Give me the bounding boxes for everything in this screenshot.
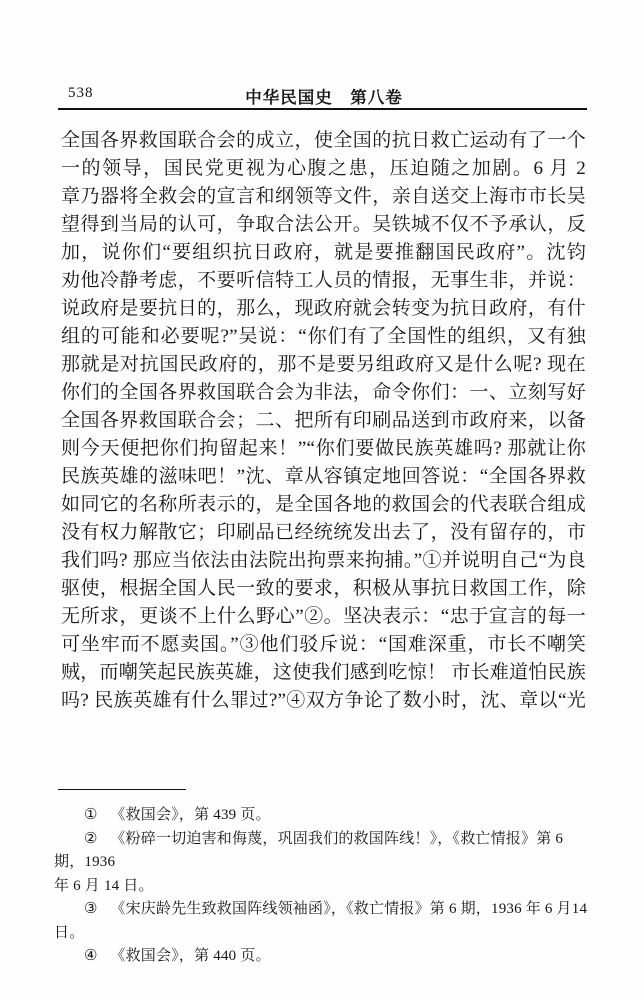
footnote-text: 年 6 月 14 日。 (54, 878, 154, 894)
text-line: 组的可能和必要呢?”吴说：“你们有了全国性的组织，又有独立的主张， (61, 323, 586, 351)
text-line: 劝他冷静考虑，不要听信特工人员的情报，无事生非，并说：“市长既然 (61, 267, 586, 295)
text-line: 你们的全国各界救国联合会为非法，命令你们：一、立刻写好通告，解散 (61, 379, 586, 407)
text-line: 无所求，更谈不上什么野心”②。坚决表示：“忠于宣言的每一句话，宁 (61, 603, 586, 631)
footnote-marker: ① (84, 807, 98, 823)
footnote-text: 《宋庆龄先生致救国阵线领袖函》，《救亡情报》第 6 期，1936 年 6 月14… (54, 901, 587, 941)
text-line: 望得到当局的认可，争取合法公开。吴铁城不仅不予承认，反而恶言相 (61, 211, 586, 239)
footnote-marker: ② (84, 831, 98, 847)
text-line: 民族英雄的滋味吧！”沈、章从容镇定地回答说：“全国各界救国联合会 (61, 463, 586, 491)
main-text: 全国各界救国联合会的成立，使全国的抗日救亡运动有了一个统 一的领导，国民党更视为… (61, 127, 586, 715)
book-page: 538 中华民国史 第八卷 全国各界救国联合会的成立，使全国的抗日救亡运动有了一… (0, 0, 644, 1000)
footnote-text: 《粉碎一切迫害和侮蔑，巩固我们的救国阵线！》，《救亡情报》第 6 期，1936 (54, 831, 563, 871)
text-line: 全国各界救国联合会的成立，使全国的抗日救亡运动有了一个统 (61, 127, 586, 155)
text-line: 驱使，根据全国人民一致的要求，积极从事抗日救国工作，除此以外，别 (61, 575, 586, 603)
text-line: 说政府是要抗日的，那么，现政府就会转变为抗日政府，有什么推翻另 (61, 295, 586, 323)
footnote-line: ①《救国会》，第 439 页。 (54, 804, 591, 828)
text-line: 我们吗? 那应当依法由法院出拘票来拘捕。”①并说明自己“为良心所 (61, 547, 586, 575)
footnote-line: ③《宋庆龄先生致救国阵线领袖函》，《救亡情报》第 6 期，1936 年 6 月1… (54, 898, 591, 945)
footnote-marker: ④ (84, 948, 98, 964)
footnote-text: 《救国会》，第 440 页。 (110, 948, 270, 964)
text-line: 一的领导，国民党更视为心腹之患，压迫随之加剧。6 月 2 日，沈钧儒、 (61, 155, 586, 183)
footnote-line: ②《粉碎一切迫害和侮蔑，巩固我们的救国阵线！》，《救亡情报》第 6 期，1936 (54, 828, 591, 875)
header-rule (58, 108, 587, 110)
footnote-text: 《救国会》，第 439 页。 (110, 807, 270, 823)
text-line: 加，说你们“要组织抗日政府，就是要推翻国民政府”。沈钧儒、章乃器 (61, 239, 586, 267)
text-line: 吗? 民族英雄有什么罪过?”④双方争论了数小时，沈、章以“光明磊落 (61, 687, 586, 715)
text-line: 那就是对抗国民政府的，那不是要另组政府又是什么呢? 现在我宣告 (61, 351, 586, 379)
footnote-separator (58, 789, 186, 790)
footnotes: ①《救国会》，第 439 页。 ②《粉碎一切迫害和侮蔑，巩固我们的救国阵线！》，… (54, 804, 591, 969)
text-line: 没有权力解散它；印刷品已经统统发出去了，没有留存的，市长要逮捕 (61, 519, 586, 547)
running-title: 中华民国史 第八卷 (60, 84, 588, 108)
text-line: 贼，而嘲笑起民族英雄，这使我们感到吃惊！ 市长难道怕民族英雄太多 (61, 659, 586, 687)
text-line: 则今天便把你们拘留起来！”“你们要做民族英雄吗? 那就让你们尝尝 (61, 435, 586, 463)
footnote-line: 年 6 月 14 日。 (54, 875, 591, 899)
page-header: 538 中华民国史 第八卷 (60, 84, 588, 106)
text-line: 如同它的名称所表示的，是全国各地的救国会的代表联合组成的，我们 (61, 491, 586, 519)
text-line: 全国各界救国联合会；二、把所有印刷品送到市政府来，以备销毁。否 (61, 407, 586, 435)
text-line: 章乃器将全救会的宣言和纲领等文件，亲自送交上海市市长吴铁城，希 (61, 183, 586, 211)
footnote-marker: ③ (84, 901, 98, 917)
footnote-line: ④《救国会》，第 440 页。 (54, 945, 591, 969)
text-line: 可坐牢而不愿卖国。”③他们驳斥说：“国难深重，市长不嘲笑汉奸卖国 (61, 631, 586, 659)
